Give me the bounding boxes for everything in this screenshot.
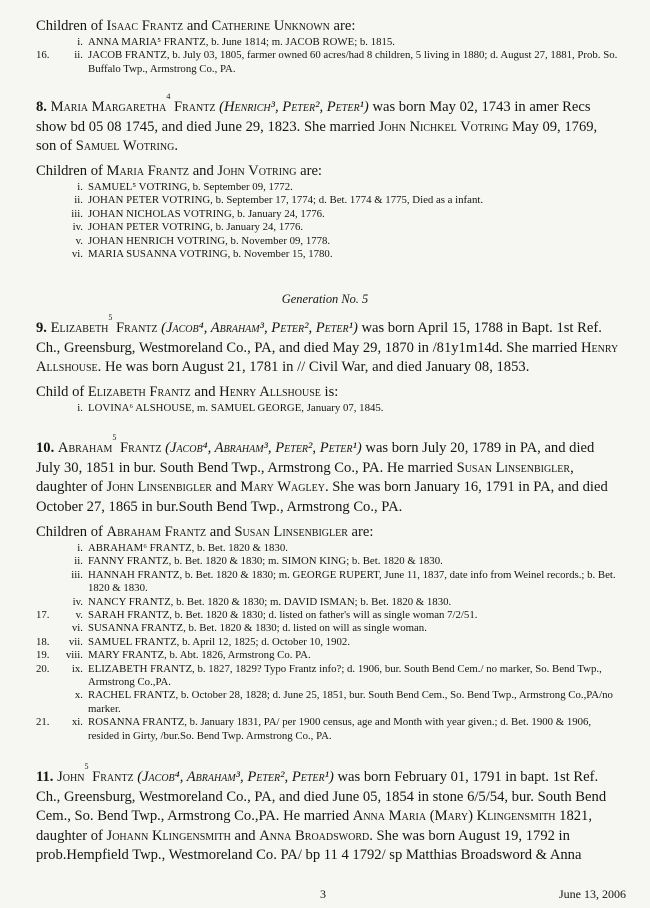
child-text: MARIA SUSANNA VOTRING, b. November 15, 1…: [88, 248, 621, 261]
generation-heading: Generation No. 5: [0, 292, 650, 307]
roman-numeral: ii.: [54, 194, 83, 207]
children-heading: Children of Abraham Frantz and Susan Lin…: [36, 524, 621, 541]
entry-number: 10.: [36, 440, 54, 456]
child-text: JOHAN NICHOLAS VOTRING, b. January 24, 1…: [88, 208, 621, 221]
child-text: JOHAN HENRICH VOTRING, b. November 09, 1…: [88, 235, 621, 248]
child-text: NANCY FRANTZ, b. Bet. 1820 & 1830; m. DA…: [88, 596, 621, 609]
child-entry: ii.FANNY FRANTZ, b. Bet. 1820 & 1830; m.…: [36, 555, 621, 568]
child-entry: 21.xi.ROSANNA FRANTZ, b. January 1831, P…: [36, 716, 621, 743]
child-text: JACOB FRANTZ, b. July 03, 1805, farmer o…: [88, 49, 621, 76]
entry-number: 8.: [36, 99, 47, 115]
maria-children-section: Children of Maria Frantz and John Votrin…: [36, 163, 621, 261]
child-entry: x.RACHEL FRANTZ, b. October 28, 1828; d.…: [36, 689, 621, 716]
child-text: JOHAN PETER VOTRING, b. January 24, 1776…: [88, 221, 621, 234]
roman-numeral: iv.: [54, 596, 83, 609]
abraham-children-section: Children of Abraham Frantz and Susan Lin…: [36, 524, 621, 743]
child-entry: iii.HANNAH FRANTZ, b. Bet. 1820 & 1830; …: [36, 569, 621, 596]
roman-numeral: vi.: [54, 248, 83, 261]
roman-numeral: iii.: [54, 208, 83, 221]
entry-8: 8. Maria Margaretha4 Frantz (Henrich³, P…: [36, 98, 621, 157]
child-entry: iii.JOHAN NICHOLAS VOTRING, b. January 2…: [36, 208, 621, 221]
child-entry: 16.ii.JACOB FRANTZ, b. July 03, 1805, fa…: [36, 49, 621, 76]
children-list: i.ANNA MARIA⁵ FRANTZ, b. June 1814; m. J…: [36, 36, 621, 76]
child-text: ABRAHAM⁶ FRANTZ, b. Bet. 1820 & 1830.: [88, 542, 621, 555]
child-entry: iv.JOHAN PETER VOTRING, b. January 24, 1…: [36, 221, 621, 234]
child-entry: 18.vii.SAMUEL FRANTZ, b. April 12, 1825;…: [36, 636, 621, 649]
roman-numeral: iv.: [54, 221, 83, 234]
child-entry: vi.SUSANNA FRANTZ, b. Bet. 1820 & 1830; …: [36, 622, 621, 635]
child-entry: i.LOVINA⁶ ALSHOUSE, m. SAMUEL GEORGE, Ja…: [36, 402, 621, 415]
roman-numeral: vii.: [54, 636, 83, 649]
children-heading: Children of Maria Frantz and John Votrin…: [36, 163, 621, 180]
child-text: SARAH FRANTZ, b. Bet. 1820 & 1830; d. li…: [88, 609, 621, 622]
child-text: SAMUEL⁵ VOTRING, b. September 09, 1772.: [88, 181, 621, 194]
child-entry: 19.viii.MARY FRANTZ, b. Abt. 1826, Armst…: [36, 649, 621, 662]
child-entry: i.ABRAHAM⁶ FRANTZ, b. Bet. 1820 & 1830.: [36, 542, 621, 555]
isaac-children-section: Children of Isaac Frantz and Catherine U…: [36, 18, 621, 76]
child-entry: ii.JOHAN PETER VOTRING, b. September 17,…: [36, 194, 621, 207]
roman-numeral: ii.: [54, 555, 83, 568]
child-text: SUSANNA FRANTZ, b. Bet. 1820 & 1830; d. …: [88, 622, 621, 635]
roman-numeral: x.: [54, 689, 83, 702]
roman-numeral: xi.: [54, 716, 83, 729]
children-heading: Children of Isaac Frantz and Catherine U…: [36, 18, 621, 35]
child-text: ANNA MARIA⁵ FRANTZ, b. June 1814; m. JAC…: [88, 36, 621, 49]
roman-numeral: i.: [54, 181, 83, 194]
roman-numeral: v.: [54, 609, 83, 622]
children-list: i.LOVINA⁶ ALSHOUSE, m. SAMUEL GEORGE, Ja…: [36, 402, 621, 415]
child-entry: vi.MARIA SUSANNA VOTRING, b. November 15…: [36, 248, 621, 261]
roman-numeral: iii.: [54, 569, 83, 582]
child-entry: iv.NANCY FRANTZ, b. Bet. 1820 & 1830; m.…: [36, 596, 621, 609]
roman-numeral: i.: [54, 402, 83, 415]
roman-numeral: viii.: [54, 649, 83, 662]
child-text: ROSANNA FRANTZ, b. January 1831, PA/ per…: [88, 716, 621, 743]
child-entry: i.SAMUEL⁵ VOTRING, b. September 09, 1772…: [36, 181, 621, 194]
child-text: RACHEL FRANTZ, b. October 28, 1828; d. J…: [88, 689, 621, 716]
roman-numeral: i.: [54, 36, 83, 49]
entry-number: 11.: [36, 769, 53, 785]
elizabeth-children-section: Child of Elizabeth Frantz and Henry Alls…: [36, 384, 621, 415]
document-page: Children of Isaac Frantz and Catherine U…: [0, 0, 650, 908]
child-entry: v.JOHAN HENRICH VOTRING, b. November 09,…: [36, 235, 621, 248]
child-text: MARY FRANTZ, b. Abt. 1826, Armstrong Co.…: [88, 649, 621, 662]
child-entry: i.ANNA MARIA⁵ FRANTZ, b. June 1814; m. J…: [36, 36, 621, 49]
child-text: HANNAH FRANTZ, b. Bet. 1820 & 1830; m. G…: [88, 569, 621, 596]
children-list: i.SAMUEL⁵ VOTRING, b. September 09, 1772…: [36, 181, 621, 261]
roman-numeral: v.: [54, 235, 83, 248]
child-text: ELIZABETH FRANTZ, b. 1827, 1829? Typo Fr…: [88, 663, 621, 690]
children-list: i.ABRAHAM⁶ FRANTZ, b. Bet. 1820 & 1830.i…: [36, 542, 621, 743]
child-text: FANNY FRANTZ, b. Bet. 1820 & 1830; m. SI…: [88, 555, 621, 568]
roman-numeral: ii.: [54, 49, 83, 62]
page-number: 3: [320, 887, 326, 902]
roman-numeral: i.: [54, 542, 83, 555]
footer-date: June 13, 2006: [559, 887, 626, 902]
roman-numeral: ix.: [54, 663, 83, 676]
roman-numeral: vi.: [54, 622, 83, 635]
child-text: LOVINA⁶ ALSHOUSE, m. SAMUEL GEORGE, Janu…: [88, 402, 621, 415]
child-entry: 17.v.SARAH FRANTZ, b. Bet. 1820 & 1830; …: [36, 609, 621, 622]
child-text: JOHAN PETER VOTRING, b. September 17, 17…: [88, 194, 621, 207]
entry-number: 9.: [36, 320, 47, 336]
entry-10: 10. Abraham5 Frantz (Jacob⁴, Abraham³, P…: [36, 439, 621, 517]
children-heading: Child of Elizabeth Frantz and Henry Alls…: [36, 384, 621, 401]
entry-9: 9. Elizabeth5 Frantz (Jacob⁴, Abraham³, …: [36, 319, 621, 378]
child-text: SAMUEL FRANTZ, b. April 12, 1825; d. Oct…: [88, 636, 621, 649]
child-entry: 20.ix.ELIZABETH FRANTZ, b. 1827, 1829? T…: [36, 663, 621, 690]
entry-11: 11. John5 Frantz (Jacob⁴, Abraham³, Pete…: [36, 768, 621, 866]
